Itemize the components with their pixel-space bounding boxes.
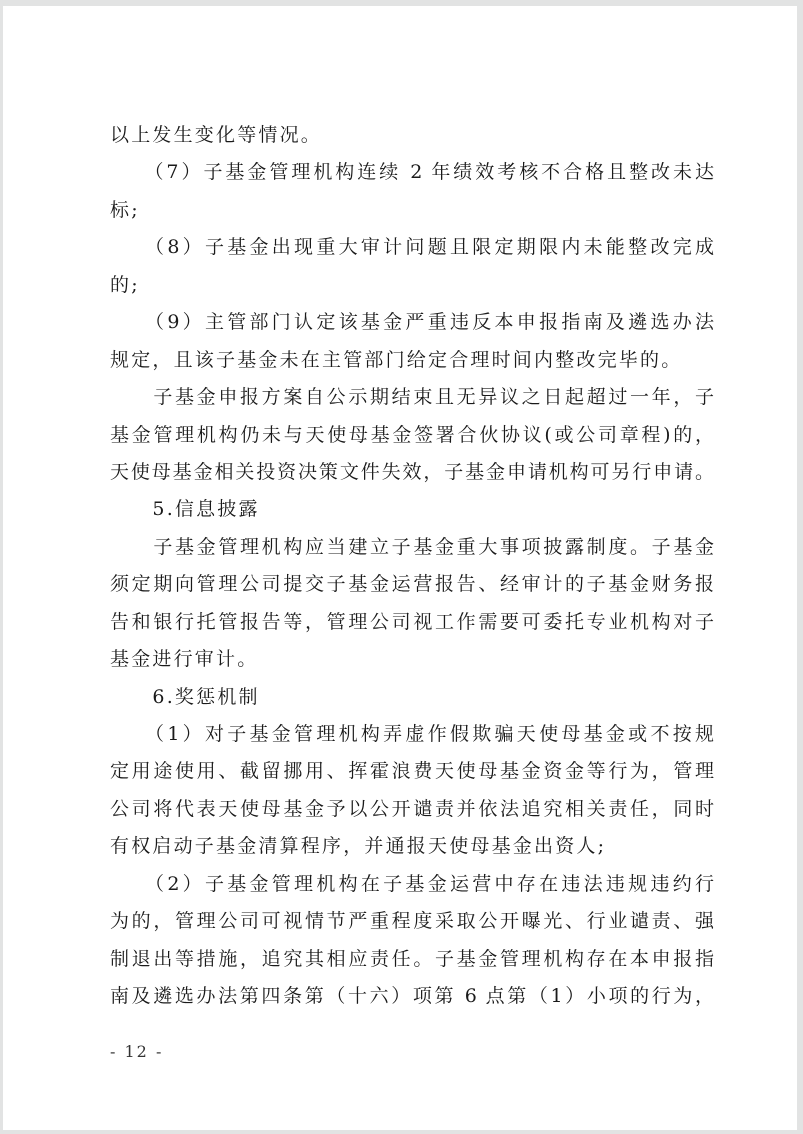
text-line: 为的，管理公司可视情节严重程度采取公开曝光、行业谴责、强 xyxy=(110,908,714,934)
text-line: 以上发生变化等情况。 xyxy=(110,122,714,148)
text-line: 公司将代表天使母基金予以公开谴责并依法追究相关责任，同时 xyxy=(110,796,714,822)
text-line: （8）子基金出现重大审计问题且限定期限内未能整改完成 xyxy=(110,234,714,260)
text-line: 告和银行托管报告等，管理公司视工作需要可委托专业机构对子 xyxy=(110,609,714,635)
text-line: （9）主管部门认定该基金严重违反本申报指南及遴选办法 xyxy=(110,309,714,335)
text-line: 定用途使用、截留挪用、挥霍浪费天使母基金资金等行为，管理 xyxy=(110,758,714,784)
text-line: 标; xyxy=(110,197,714,223)
text-line: 天使母基金相关投资决策文件失效，子基金申请机构可另行申请。 xyxy=(110,459,714,485)
text-line: 规定，且该子基金未在主管部门给定合理时间内整改完毕的。 xyxy=(110,347,714,373)
page-number: - 12 - xyxy=(110,1042,163,1061)
text-line: 南及遴选办法第四条第（十六）项第 6 点第（1）小项的行为， xyxy=(110,983,714,1009)
text-line: （2）子基金管理机构在子基金运营中存在违法违规违约行 xyxy=(110,871,714,897)
text-line: 基金管理机构仍未与天使母基金签署合伙协议(或公司章程)的， xyxy=(110,422,714,448)
text-line: 基金进行审计。 xyxy=(110,646,714,672)
text-line: 子基金申报方案自公示期结束且无异议之日起超过一年，子 xyxy=(110,384,714,410)
text-line: 有权启动子基金清算程序，并通报天使母基金出资人; xyxy=(110,833,714,859)
text-line: 制退出等措施，追究其相应责任。子基金管理机构存在本申报指 xyxy=(110,946,714,972)
text-line: 子基金管理机构应当建立子基金重大事项披露制度。子基金 xyxy=(110,534,714,560)
text-line: （7）子基金管理机构连续 2 年绩效考核不合格且整改未达 xyxy=(110,159,714,185)
document-page: 以上发生变化等情况。 （7）子基金管理机构连续 2 年绩效考核不合格且整改未达 … xyxy=(3,6,797,1130)
text-line: （1）对子基金管理机构弄虚作假欺骗天使母基金或不按规 xyxy=(110,721,714,747)
section-heading: 5.信息披露 xyxy=(110,496,714,522)
section-heading: 6.奖惩机制 xyxy=(110,684,714,710)
text-line: 的; xyxy=(110,272,714,298)
text-line: 须定期向管理公司提交子基金运营报告、经审计的子基金财务报 xyxy=(110,571,714,597)
